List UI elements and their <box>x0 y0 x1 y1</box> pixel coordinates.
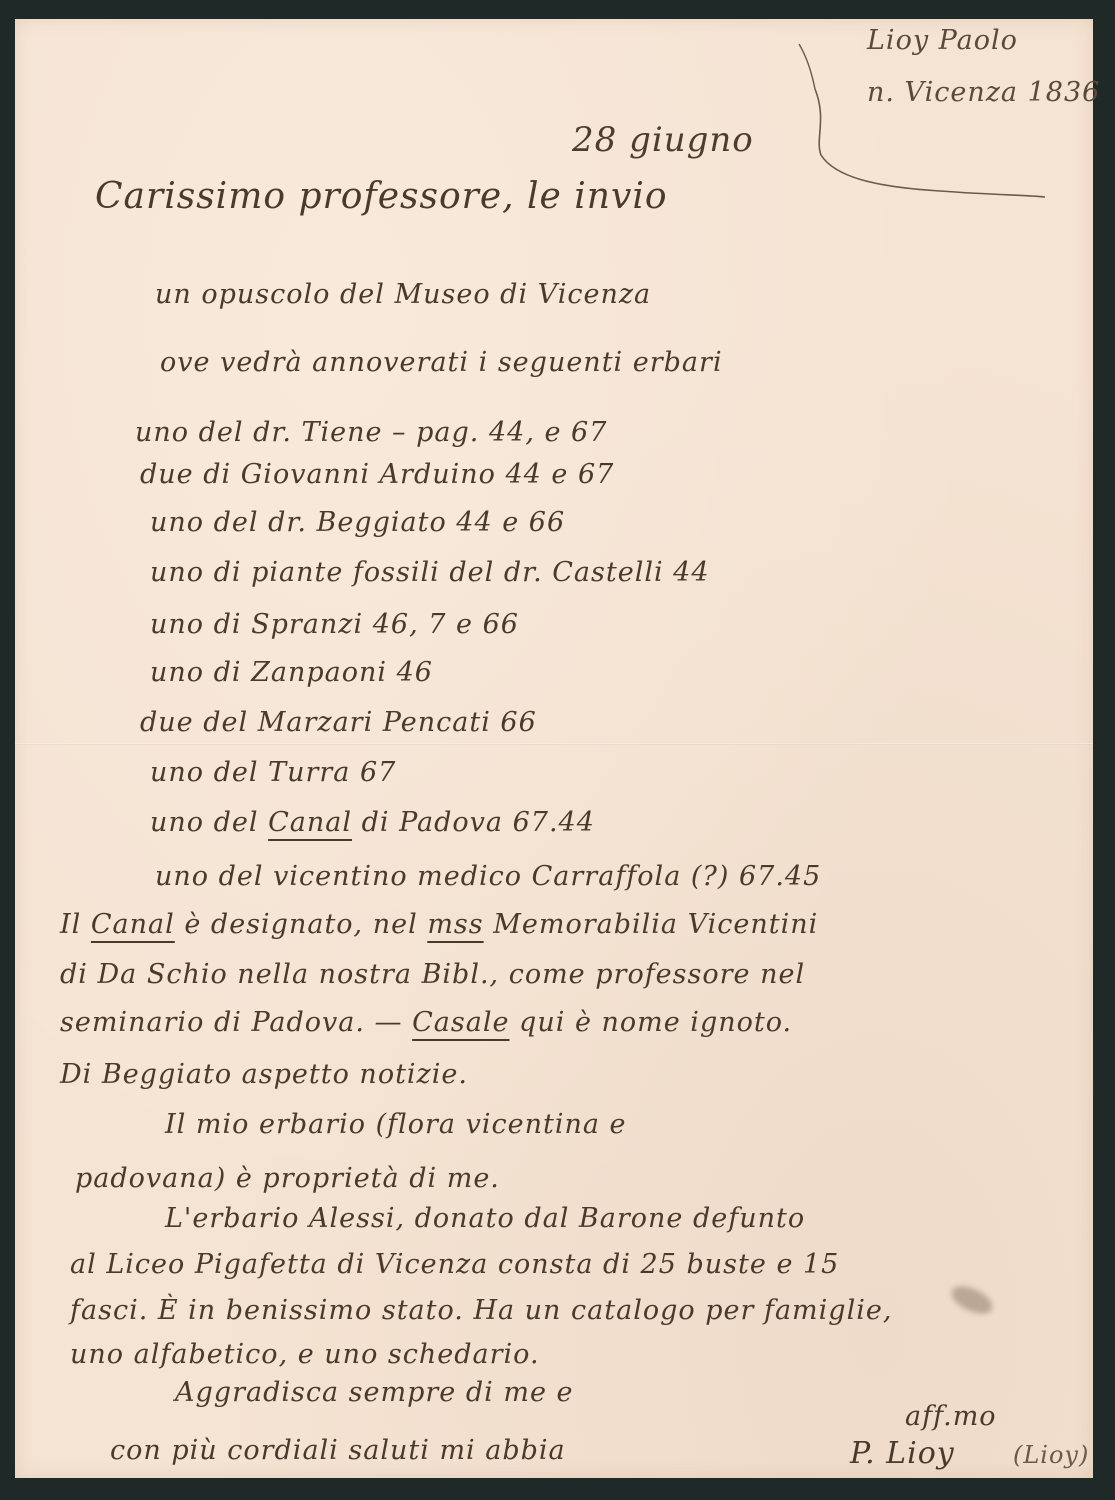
archival-note-birth: n. Vicenza 1836 <box>867 79 1100 106</box>
body-line: Il mio erbario (flora vicentina e <box>165 1111 627 1138</box>
body-line: L'erbario Alessi, donato dal Barone defu… <box>165 1205 805 1232</box>
underlined-word: mss <box>427 909 483 940</box>
closing-line: con più cordiali saluti mi abbia <box>110 1437 566 1464</box>
body-line: Di Beggiato aspetto notizie. <box>60 1061 468 1088</box>
letter-paper: Lioy Paolo n. Vicenza 1836 28 giugno Car… <box>15 19 1093 1478</box>
list-item: uno del Canal di Padova 67.44 <box>150 809 595 836</box>
underlined-word: Canal <box>268 807 352 838</box>
list-item: uno di Spranzi 46, 7 e 66 <box>150 611 519 638</box>
letter-date: 28 giugno <box>572 123 754 157</box>
archival-note-name: Lioy Paolo <box>867 27 1018 54</box>
body-line: al Liceo Pigafetta di Vicenza consta di … <box>70 1251 839 1278</box>
body-line: di Da Schio nella nostra Bibl., come pro… <box>60 961 805 988</box>
list-item: uno del vicentino medico Carraffola (?) … <box>155 863 821 890</box>
list-item: due di Giovanni Arduino 44 e 67 <box>140 461 614 488</box>
ink-smudge <box>947 1281 996 1320</box>
body-line: fasci. È in benissimo stato. Ha un catal… <box>70 1297 892 1324</box>
list-item: uno del Turra 67 <box>150 759 396 786</box>
body-line: padovana) è proprietà di me. <box>75 1165 500 1192</box>
list-item: uno di Zanpaoni 46 <box>150 659 433 686</box>
list-item: due del Marzari Pencati 66 <box>140 709 537 736</box>
body-line: seminario di Padova. — Casale qui è nome… <box>60 1009 792 1036</box>
list-item: uno del dr. Beggiato 44 e 66 <box>150 509 565 536</box>
closing-affectionate: aff.mo <box>905 1403 997 1430</box>
body-line: ove vedrà annoverati i seguenti erbari <box>160 349 723 376</box>
body-line: Aggradisca sempre di me e <box>175 1379 573 1406</box>
signature: P. Lioy <box>850 1439 955 1469</box>
list-item: uno di piante fossili del dr. Castelli 4… <box>150 559 710 586</box>
salutation: Carissimo professore, le invio <box>95 179 668 215</box>
underlined-word: Canal <box>91 909 175 940</box>
body-line: un opuscolo del Museo di Vicenza <box>155 281 651 308</box>
body-line: uno alfabetico, e uno schedario. <box>70 1341 540 1368</box>
fold-line <box>15 743 1093 745</box>
underlined-word: Casale <box>412 1007 509 1038</box>
list-item: uno del dr. Tiene – pag. 44, e 67 <box>135 419 607 446</box>
signature-annotation: (Lioy) <box>1013 1443 1089 1467</box>
body-line: Il Canal è designato, nel mss Memorabili… <box>60 911 818 938</box>
